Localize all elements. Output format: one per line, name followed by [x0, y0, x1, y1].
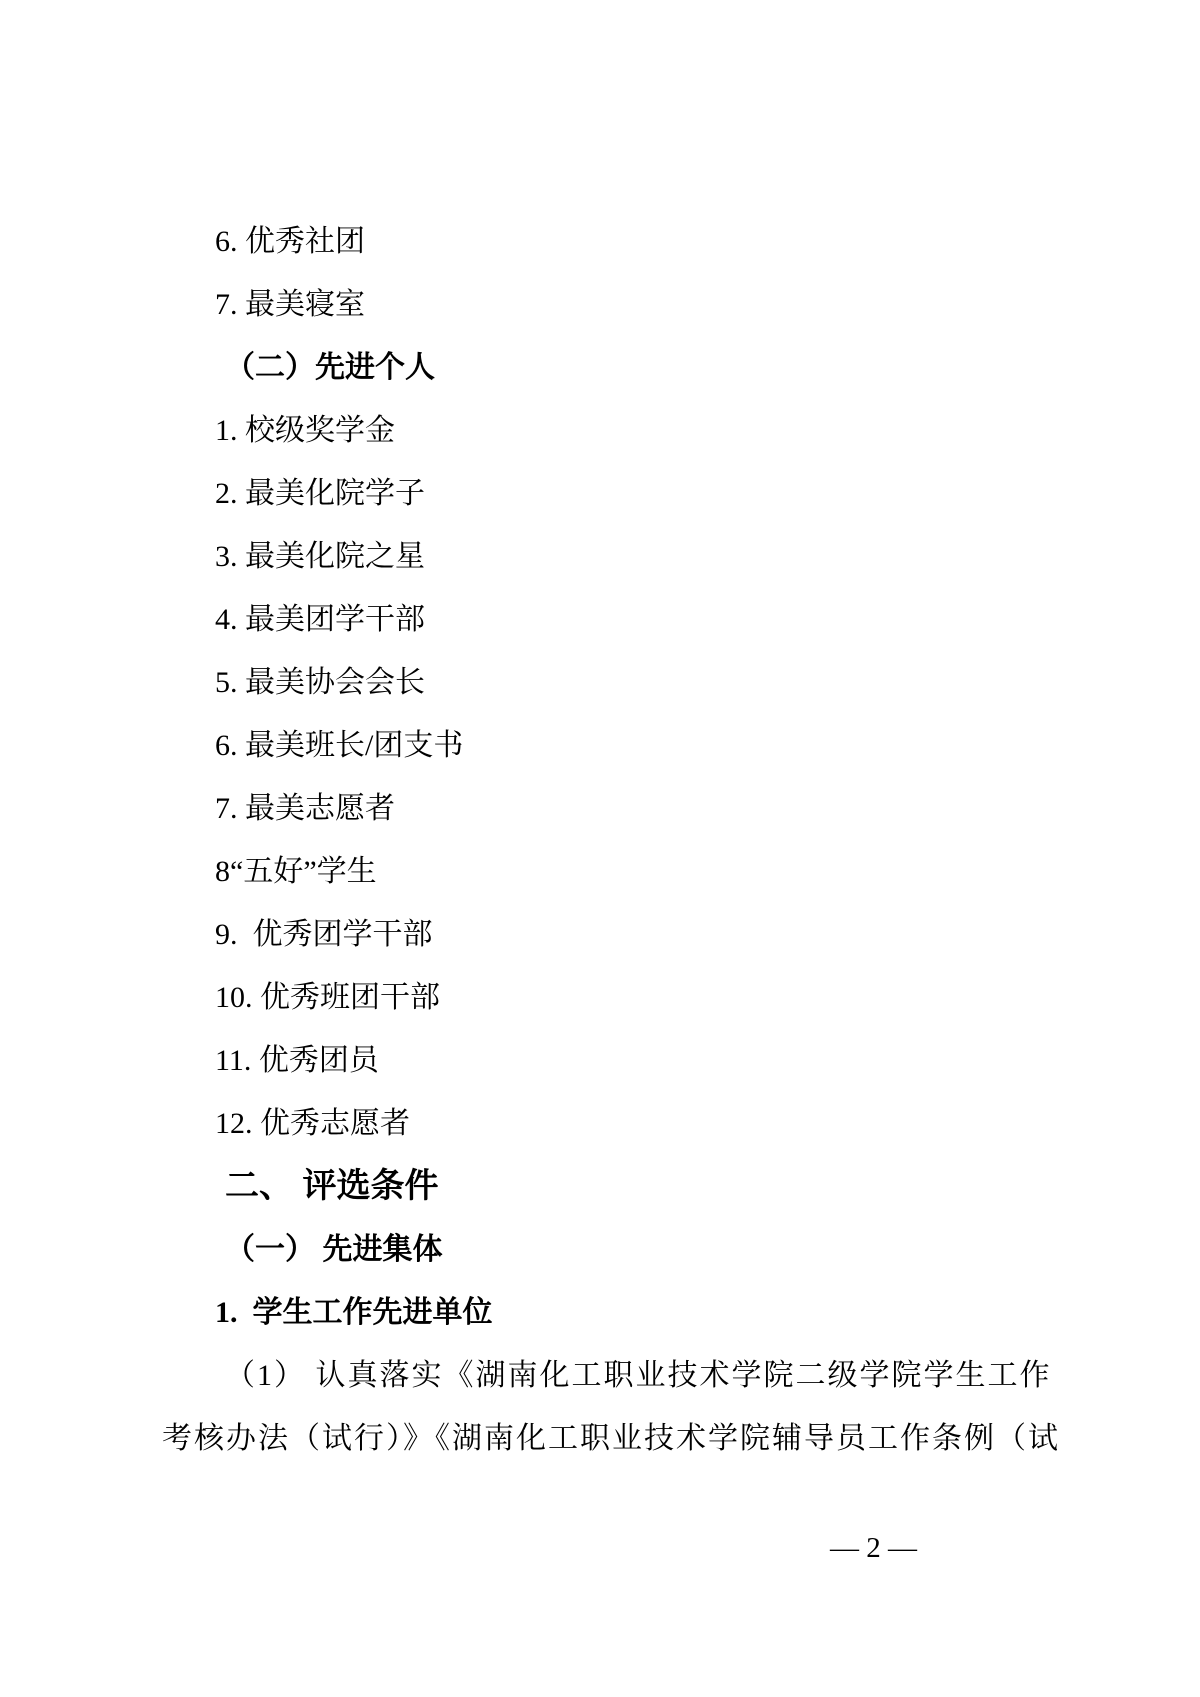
list-item-individual-8: 8“五好”学生 — [162, 840, 1058, 903]
list-item-individual-1: 1. 校级奖学金 — [162, 399, 1058, 462]
list-item-individual-9: 9. 优秀团学干部 — [162, 903, 1058, 966]
list-item-individual-4: 4. 最美团学干部 — [162, 588, 1058, 651]
list-item-individual-7: 7. 最美志愿者 — [162, 777, 1058, 840]
subsection-heading-individual: （二）先进个人 — [162, 336, 1058, 399]
paragraph-line-1: （1） 认真落实《湖南化工职业技术学院二级学院学生工作 — [162, 1344, 1058, 1407]
list-item-individual-3: 3. 最美化院之星 — [162, 525, 1058, 588]
paragraph-line-2: 考核办法（试行）》《湖南化工职业技术学院辅导员工作条例（试 — [162, 1407, 1058, 1470]
criteria-item-heading: 1. 学生工作先进单位 — [162, 1281, 1058, 1344]
section-heading-criteria: 二、 评选条件 — [162, 1155, 1058, 1218]
list-item-individual-6: 6. 最美班长/团支书 — [162, 714, 1058, 777]
document-body: 6. 优秀社团 7. 最美寝室 （二）先进个人 1. 校级奖学金 2. 最美化院… — [162, 210, 1058, 1470]
list-item-collective-6: 6. 优秀社团 — [162, 210, 1058, 273]
list-item-individual-11: 11. 优秀团员 — [162, 1029, 1058, 1092]
list-item-individual-2: 2. 最美化院学子 — [162, 462, 1058, 525]
list-item-collective-7: 7. 最美寝室 — [162, 273, 1058, 336]
page-number: — 2 — — [830, 1528, 917, 1568]
list-item-individual-12: 12. 优秀志愿者 — [162, 1092, 1058, 1155]
list-item-individual-10: 10. 优秀班团干部 — [162, 966, 1058, 1029]
document-page: 6. 优秀社团 7. 最美寝室 （二）先进个人 1. 校级奖学金 2. 最美化院… — [0, 0, 1200, 1697]
list-item-individual-5: 5. 最美协会会长 — [162, 651, 1058, 714]
subsection-heading-collective: （一） 先进集体 — [162, 1218, 1058, 1281]
